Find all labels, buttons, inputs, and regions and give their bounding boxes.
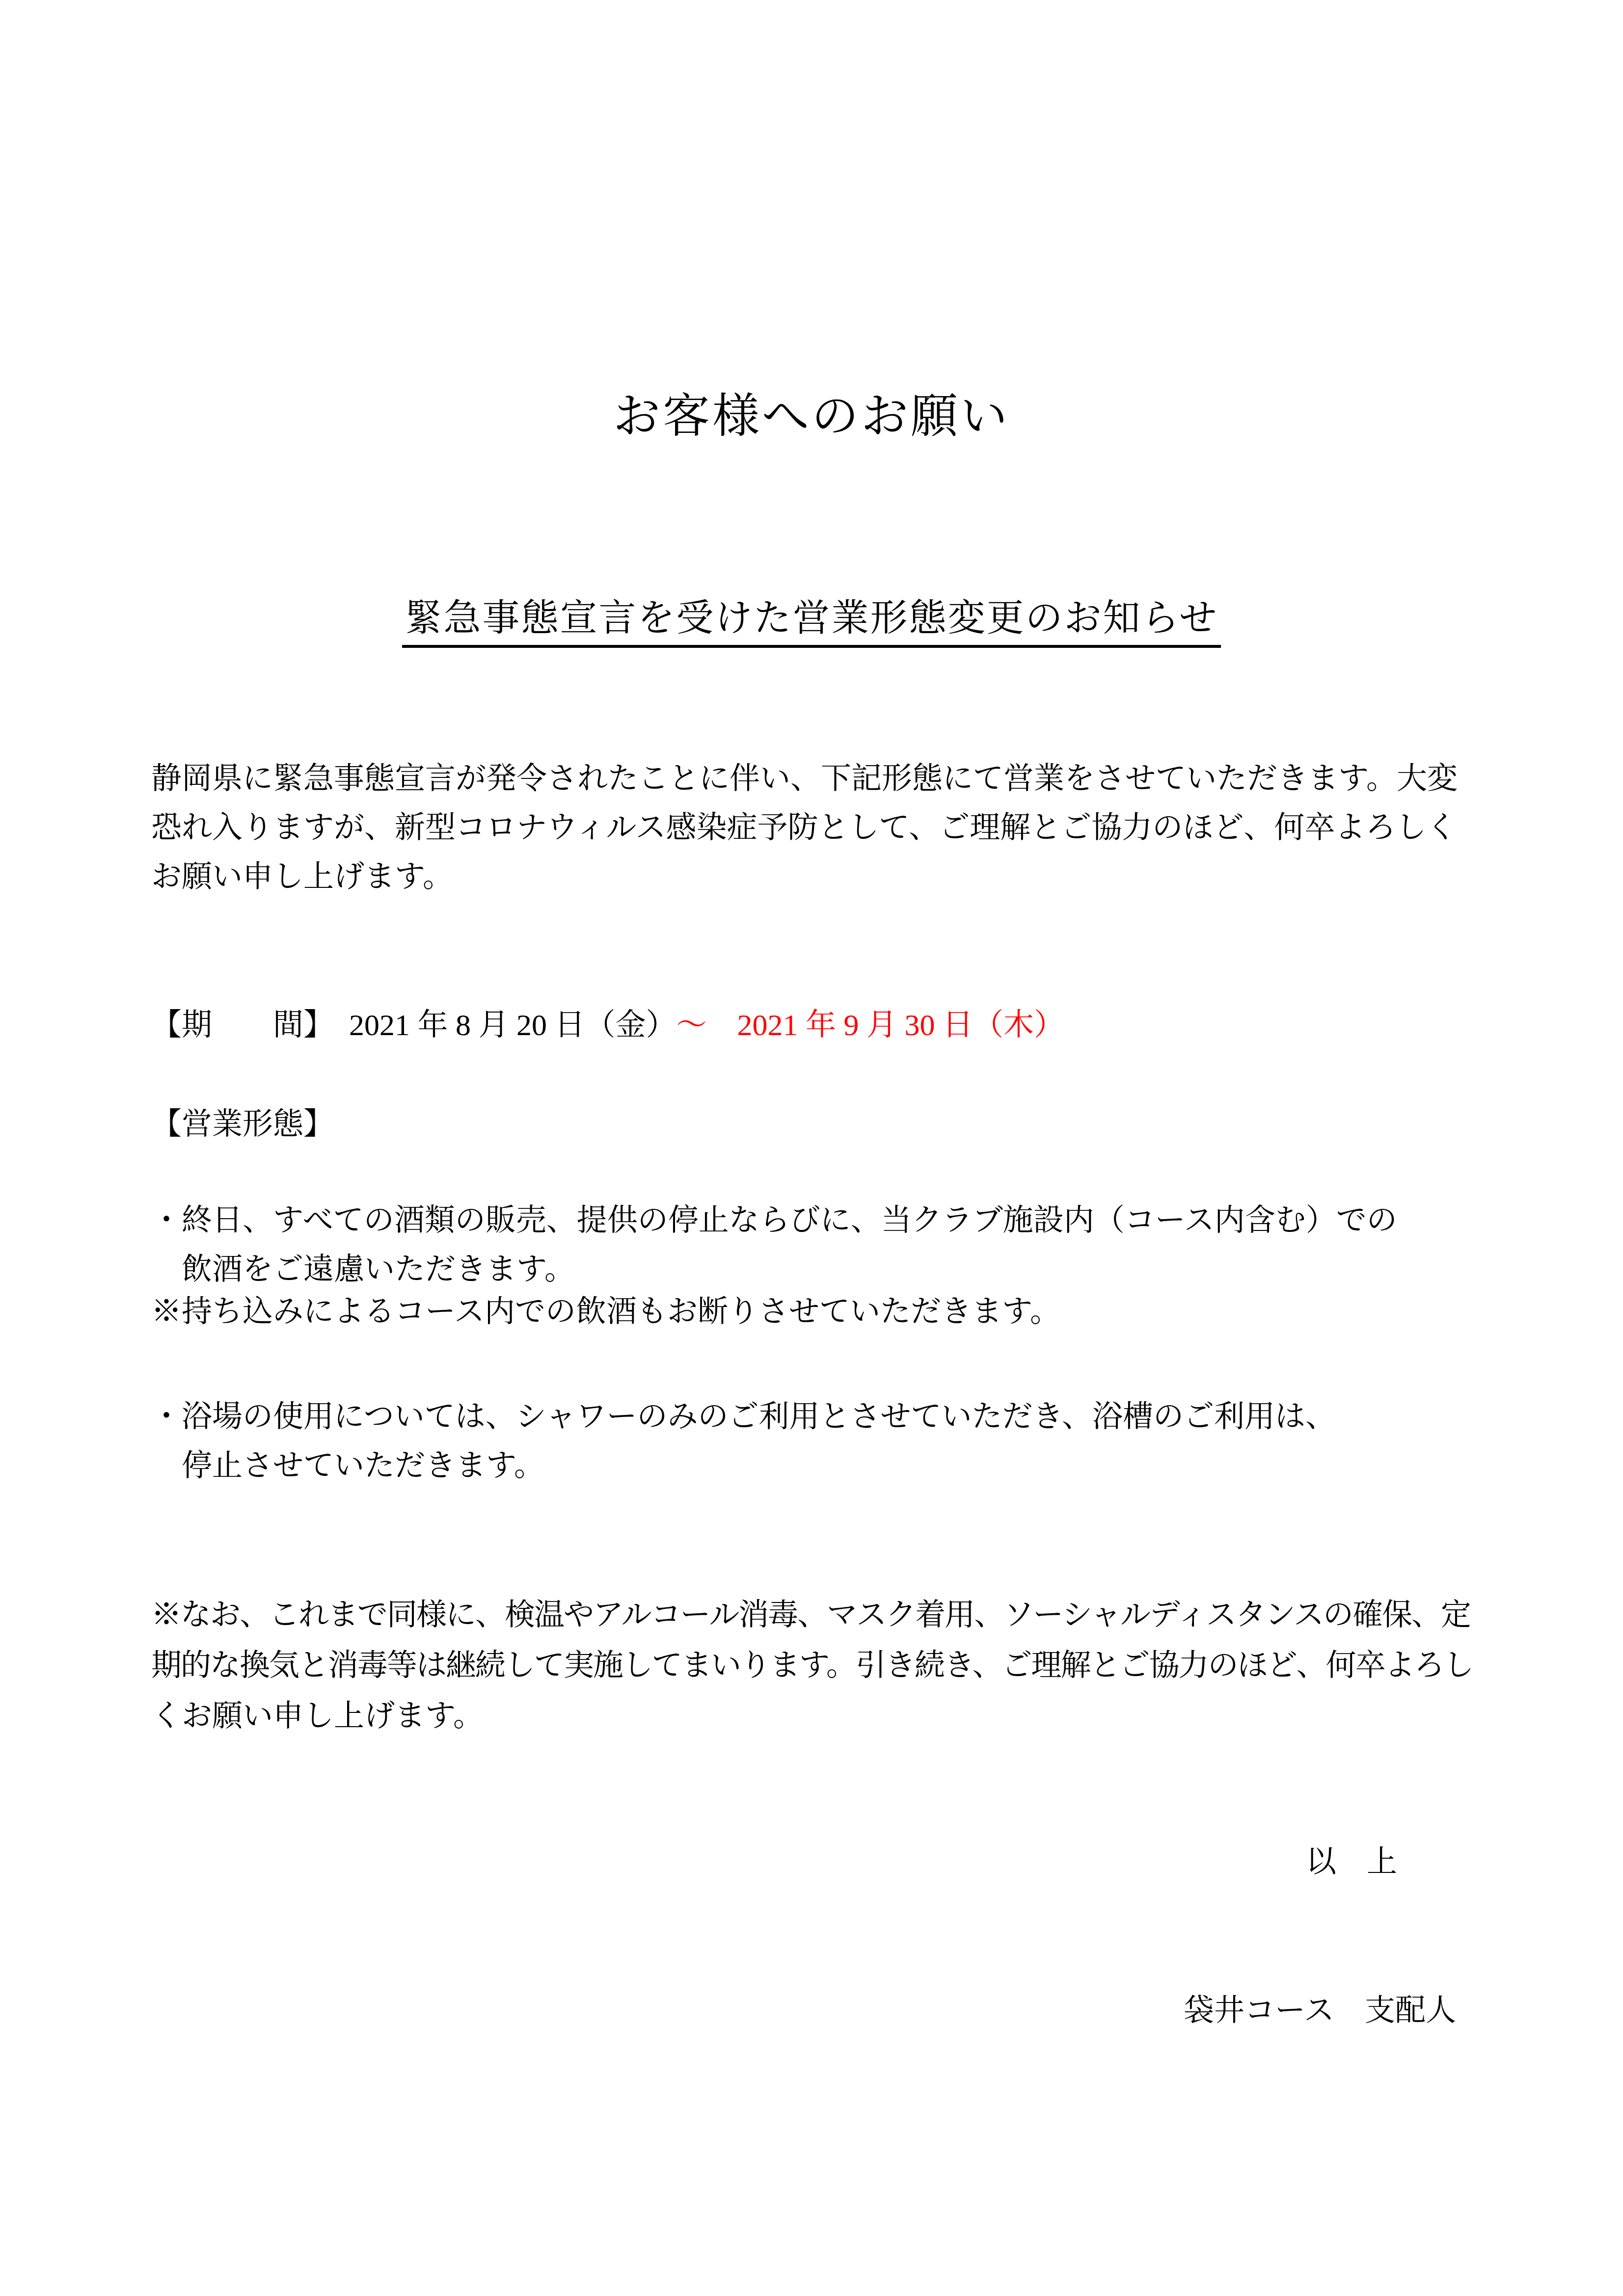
closing-note-paragraph: ※なお、これまで同様に、検温やアルコール消毒、マスク着用、ソーシャルディスタンス… [151, 1590, 1526, 1742]
period-label-and-start-date: 【期 間】 2021 年 8 月 20 日（金） [151, 1009, 676, 1042]
notice-subtitle-text: 緊急事態宣言を受けた営業形態変更のお知らせ [402, 600, 1221, 648]
intro-line: 静岡県に緊急事態宣言が発令されたことに伴い、下記形態にて営業をさせていただきます… [151, 754, 1506, 803]
intro-line: 恐れ入りますが、新型コロナウィルス感染症予防として、ご理解とご協力のほど、何卒よ… [151, 803, 1506, 853]
intro-line: お願い申し上げます。 [151, 853, 1506, 902]
notice-subtitle: 緊急事態宣言を受けた営業形態変更のお知らせ [0, 600, 1623, 648]
closing-note-line: くお願い申し上げます。 [151, 1691, 1526, 1742]
bullet-line: ・浴場の使用については、シャワーのみのご利用とさせていただき、浴槽のご利用は、 [151, 1392, 1506, 1442]
bullet-line: ・終日、すべての酒類の販売、提供の停止ならびに、当クラブ施設内（コース内含む）で… [151, 1196, 1506, 1245]
business-format-heading: 【営業形態】 [151, 1109, 1506, 1140]
closing-mark: 以 上 [0, 1847, 1623, 1877]
closing-note-line: 期的な換気と消毒等は継続して実施してまいります。引き続き、ご理解とご協力のほど、… [151, 1641, 1526, 1691]
bullet-line: 飲酒をご遠慮いただきます。 [151, 1245, 1506, 1294]
bullet-item-alcohol: ・終日、すべての酒類の販売、提供の停止ならびに、当クラブ施設内（コース内含む）で… [151, 1196, 1506, 1294]
bullet-item-bath: ・浴場の使用については、シャワーのみのご利用とさせていただき、浴槽のご利用は、 … [151, 1392, 1506, 1491]
period-row: 【期 間】 2021 年 8 月 20 日（金）～ 2021 年 9 月 30 … [151, 1010, 1506, 1041]
bullet-line: 停止させていただきます。 [151, 1442, 1506, 1491]
document-page: お客様へのお願い 緊急事態宣言を受けた営業形態変更のお知らせ 静岡県に緊急事態宣… [0, 0, 1623, 2296]
page-title: お客様へのお願い [0, 393, 1623, 440]
period-end-date-red: ～ 2021 年 9 月 30 日（木） [676, 1009, 1065, 1042]
closing-note-line: ※なお、これまで同様に、検温やアルコール消毒、マスク着用、ソーシャルディスタンス… [151, 1590, 1526, 1641]
intro-paragraph: 静岡県に緊急事態宣言が発令されたことに伴い、下記形態にて営業をさせていただきます… [151, 754, 1506, 902]
note-bring-in: ※持ち込みによるコース内での飲酒もお断りさせていただきます。 [151, 1297, 1506, 1327]
signature: 袋井コース 支配人 [0, 1996, 1623, 2026]
